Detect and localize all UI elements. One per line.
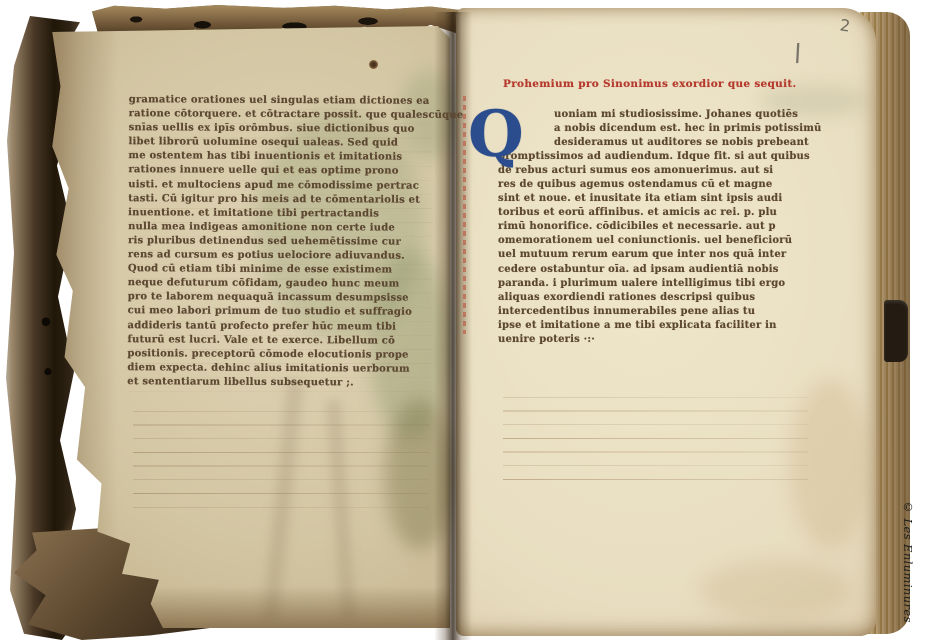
text-line: inuentione. et imitatione tibi pertracta… xyxy=(128,206,440,222)
text-line: a nobis dicendum est. hec in primis poti… xyxy=(498,122,816,136)
text-line: cedere ostabuntur oīa. ad ipsam audienti… xyxy=(498,263,816,277)
text-line: aliquas exordiendi rationes descripsi qu… xyxy=(498,291,816,305)
red-penwork-flourish xyxy=(463,96,466,334)
text-line: cui meo labori primum de tuo studio et s… xyxy=(128,305,440,321)
text-line: promptissimos ad audiendum. Idque fit. s… xyxy=(498,150,816,164)
text-line: res de quibus agemus ostendamus cū et ma… xyxy=(498,178,816,192)
blank-ruled-lines-right xyxy=(503,384,808,488)
text-line: tasti. Cū igitur pro his meis ad te cōme… xyxy=(128,192,440,208)
text-line: uenire poteris ·:· xyxy=(498,333,816,347)
text-line: uel mutuum rerum earum que inter nos quā… xyxy=(498,248,816,262)
text-line: sint et noue. et inusitate ita etiam sin… xyxy=(498,192,816,206)
text-line: nulla mea indigeas amonitione non certe … xyxy=(128,220,440,236)
text-line: positionis. preceptorū cōmode elocutioni… xyxy=(127,347,439,363)
text-line: uisti. et multociens apud me cōmodissime… xyxy=(128,178,440,194)
text-line: toribus et eorū affinibus. et amicis ac … xyxy=(498,206,816,220)
text-line: ipse et imitatione a me tibi explicata f… xyxy=(498,319,816,333)
text-line: de rebus acturi sumus eos amonuerimus. a… xyxy=(498,164,816,178)
rubric-heading: Prohemium pro Sinonimus exordior que seq… xyxy=(503,78,813,90)
text-line: et sententiarum libellus subsequetur ;. xyxy=(127,375,439,391)
text-line: futurū est lucri. Vale et te exerce. Lib… xyxy=(127,333,439,349)
text-line: paranda. i plurimum ualere intelligimus … xyxy=(498,277,816,291)
binding-clasp xyxy=(884,300,908,362)
blank-ruled-lines-left xyxy=(133,398,429,516)
text-line: uoniam mi studiosissime. Johanes quotiēs xyxy=(498,108,816,122)
text-line: rationes innuere uelle qui et eas optime… xyxy=(128,164,440,180)
illuminated-initial-q: Q xyxy=(468,106,524,164)
wormhole xyxy=(369,60,378,69)
text-line: diem expecta. dehinc alius imitationis u… xyxy=(127,361,439,377)
manuscript-photo: gramatice orationes uel singulas etiam d… xyxy=(0,0,930,643)
text-line: desideramus ut auditores se nobis prebea… xyxy=(498,136,816,150)
text-line: intercedentibus innumerabiles pene alias… xyxy=(498,305,816,319)
right-page-text: uoniam mi studiosissime. Johanes quotiēs… xyxy=(498,108,816,347)
left-page-text: gramatice orationes uel singulas etiam d… xyxy=(127,93,441,391)
text-line: addideris tantū profecto prefer hūc meum… xyxy=(128,319,440,335)
foxing-stain xyxy=(700,560,850,620)
text-line: rimū honorifice. cōdicibiles et necessar… xyxy=(498,220,816,234)
photo-credit: © Les Enluminures xyxy=(901,500,915,642)
text-line: omemorationem uel coniunctionis. uel ben… xyxy=(498,234,816,248)
